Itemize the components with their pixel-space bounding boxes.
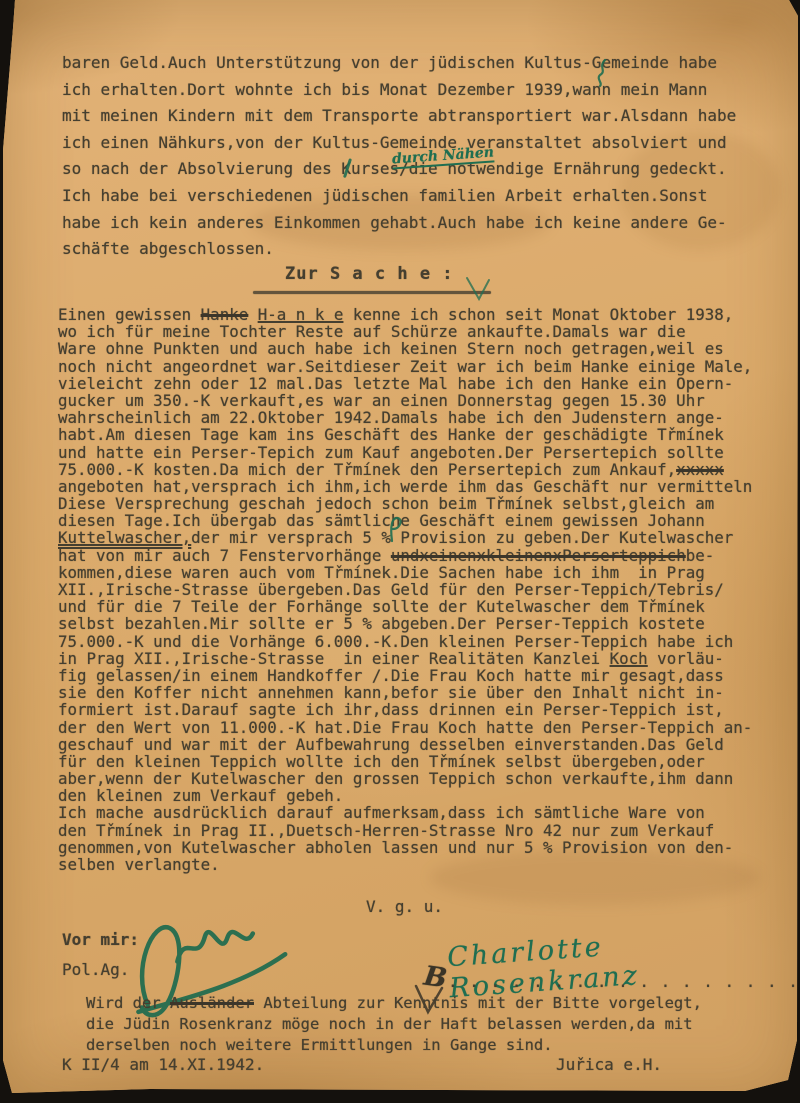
text-line: 75.000.-K kosten.Da mich der Třmínek den… [58,461,778,478]
section-heading: Zur S a c h e : [285,264,454,284]
text-line: baren Geld.Auch Unterstützung von der jü… [62,50,772,77]
text-line: formiert ist.Darauf sagte ich ihr,dass d… [58,701,778,718]
text-line: den kleinen zum Verkauf gebeh. [58,787,778,804]
text-line: angeboten hat,versprach ich ihm,ich werd… [58,478,778,495]
text-line: genommen,von Kutelwascher abholen lassen… [58,839,778,856]
text-line: in Prag XII.,Irische-Strasse in einer Re… [58,650,778,667]
body-paragraph: Einen gewissen Hanke H-a n k e kenne ich… [58,306,778,873]
text-line: noch nicht angeordnet war.Seitdieser Zei… [58,358,778,375]
green-check-mark [462,272,492,302]
file-reference-date: K II/4 am 14.XI.1942. [62,1055,264,1074]
note-paragraph: Wird der Ausländer Abteilung zur Kenntni… [86,993,786,1056]
text-line: den Třmínek in Prag II.,Duetsch-Herren-S… [58,822,778,839]
text-line: derselben noch weitere Ermittlungen in G… [86,1035,786,1056]
text-line: Ich habe bei verschiedenen jüdischen fam… [62,183,772,210]
text-line: diesen Tage.Ich übergab das sämtliche Ge… [58,512,778,529]
text-line: mit meinen Kindern mit dem Transporte ab… [62,103,772,130]
text-line: kommen,diese waren auch vom Třmínek.Die … [58,564,778,581]
text-line: Diese Versprechung geschah jedoch schon … [58,495,778,512]
green-correction-mark [594,58,612,88]
text-line: habe ich kein anderes Einkommen gehabt.A… [62,210,772,237]
text-line: Einen gewissen Hanke H-a n k e kenne ich… [58,306,778,323]
text-line: habt.Am diesen Tage kam ins Geschäft des… [58,426,778,443]
photographed-document-page: { "colors":{"bg":"#14110d","paper":"#dca… [0,0,800,1103]
vgu-abbreviation: V. g. u. [366,897,443,916]
signature-dotted-line: . . . . . . . . . . . . . . . . . [448,972,799,991]
text-line: ich erhalten.Dort wohnte ich bis Monat D… [62,77,772,104]
text-line: hat von mir auch 7 Fenstervorhänge undxe… [58,547,778,564]
text-line: aber,wenn der Kutelwascher den grossen T… [58,770,778,787]
green-letter-correction [386,514,404,544]
text-line: für den kleinen Teppich wollte ich den T… [58,753,778,770]
text-line: und hatte ein Perser-Tepich zum Kauf ang… [58,444,778,461]
text-line: schäfte abgeschlossen. [62,236,772,263]
heading-underline [253,291,491,294]
text-line: Ich mache ausdrücklich darauf aufmerksam… [58,804,778,821]
text-line: gucker um 350.-K verkauft,es war an eine… [58,392,778,409]
text-line: Kuttelwascher,der mir versprach 5 % Prov… [58,529,778,546]
text-line: Wird der Ausländer Abteilung zur Kenntni… [86,993,786,1014]
text-line: sie den Koffer nicht annehmen kann,befor… [58,684,778,701]
text-line: selbst bezahlen.Mir sollte er 5 % abgebe… [58,615,778,632]
text-line: XII.,Irische-Strasse übergeben.Das Geld … [58,581,778,598]
text-line: geschauf und war mit der Aufbewahrung de… [58,736,778,753]
text-line: die Jüdin Rosenkranz möge noch in der Ha… [86,1014,786,1035]
text-line: wahrscheinlich am 22.Oktober 1942.Damals… [58,409,778,426]
text-line: fig gelassen/in einem Handkoffer /.Die F… [58,667,778,684]
text-line: der den Wert von 11.000.-K hat.Die Frau … [58,719,778,736]
text-line: selben verlangte. [58,856,778,873]
text-line: wo ich für meine Tochter Reste auf Schür… [58,323,778,340]
text-line: vieleicht zehn oder 12 mal.Das letzte Ma… [58,375,778,392]
text-line: und für die 7 Teile der Forhänge sollte … [58,598,778,615]
text-line: Ware ohne Punkten und auch habe ich kein… [58,340,778,357]
jurica-eh-typed: Juřica e.H. [556,1055,662,1074]
text-line: 75.000.-K und die Vorhänge 6.000.-K.Den … [58,633,778,650]
